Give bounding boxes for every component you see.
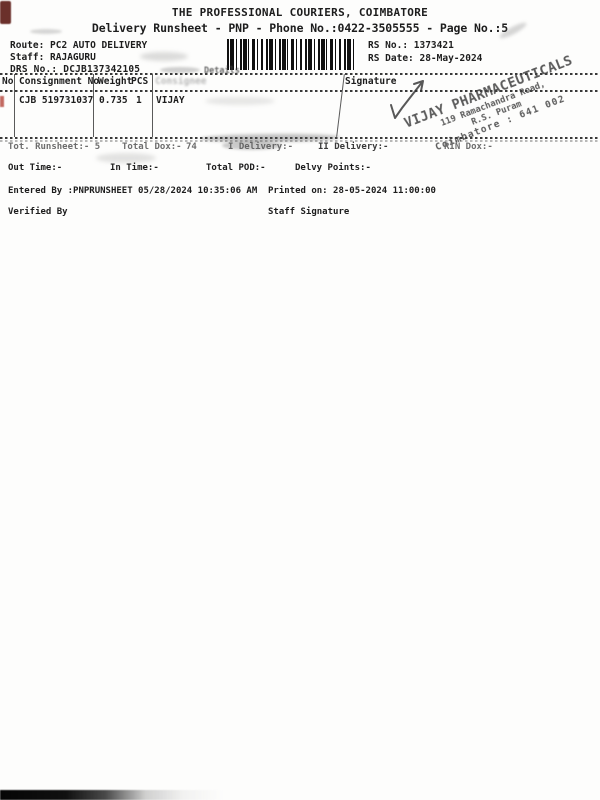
staff-line: Staff: RAJAGURU — [10, 53, 96, 63]
cell-weight: 0.735 — [99, 96, 128, 106]
ii-delivery: II Delivery:- — [318, 143, 388, 153]
rin-dox: RIN Dox:- — [444, 143, 493, 153]
scan-smudge — [96, 153, 156, 163]
scan-corner-mark — [0, 1, 11, 24]
total-dox-value: 74 — [186, 143, 197, 153]
route-line: Route: PC2 AUTO DELIVERY — [10, 41, 147, 51]
scanned-delivery-runsheet: THE PROFESSIONAL COURIERS, COIMBATORE De… — [0, 0, 600, 800]
table-column-rule — [14, 74, 15, 137]
col-header-consignment-no: Consignment No — [19, 77, 99, 87]
total-dox-label: Total Dox:- — [122, 143, 182, 153]
table-column-rule — [336, 74, 345, 137]
handwritten-checkmark — [385, 74, 439, 124]
details-overlay-text: Details — [204, 67, 240, 76]
tot-runsheet: Tot. Runsheet:- 5 — [8, 143, 100, 153]
total-pod: Total POD:- — [206, 164, 266, 174]
entered-by: Entered By :PNPRUNSHEET 05/28/2024 10:35… — [8, 187, 257, 197]
company-title: THE PROFESSIONAL COURIERS, COIMBATORE — [0, 7, 600, 19]
col-header-no: No — [2, 77, 13, 87]
i-delivery: I Delivery:- — [228, 143, 293, 153]
cell-consignee: VIJAY — [156, 96, 185, 106]
runsheet-subtitle: Delivery Runsheet - PNP - Phone No.:0422… — [0, 22, 600, 35]
cell-consignment-no: CJB 519731037 — [19, 96, 93, 106]
col-header-weight: Weight — [98, 77, 132, 87]
staff-signature-label: Staff Signature — [268, 208, 349, 218]
scan-smudge — [140, 52, 188, 61]
verified-by: Verified By — [8, 208, 68, 218]
printed-on: Printed on: 28-05-2024 11:00:00 — [268, 187, 436, 197]
table-column-rule — [152, 74, 153, 137]
col-header-consignee: Consignee — [155, 77, 206, 87]
out-time: Out Time:- — [8, 164, 62, 174]
rs-date-line: RS Date: 28-May-2024 — [368, 54, 482, 64]
dotted-separator — [0, 137, 600, 139]
cell-pcs: 1 — [136, 96, 142, 106]
scan-red-dash — [0, 96, 4, 107]
rs-barcode — [227, 39, 357, 70]
delvy-points: Delvy Points:- — [295, 164, 371, 174]
scan-bottom-smudge — [0, 790, 235, 800]
in-time: In Time:- — [110, 164, 159, 174]
rs-no-line: RS No.: 1373421 — [368, 41, 454, 51]
scan-smudge — [205, 97, 275, 105]
col-header-pcs: PCS — [131, 77, 148, 87]
